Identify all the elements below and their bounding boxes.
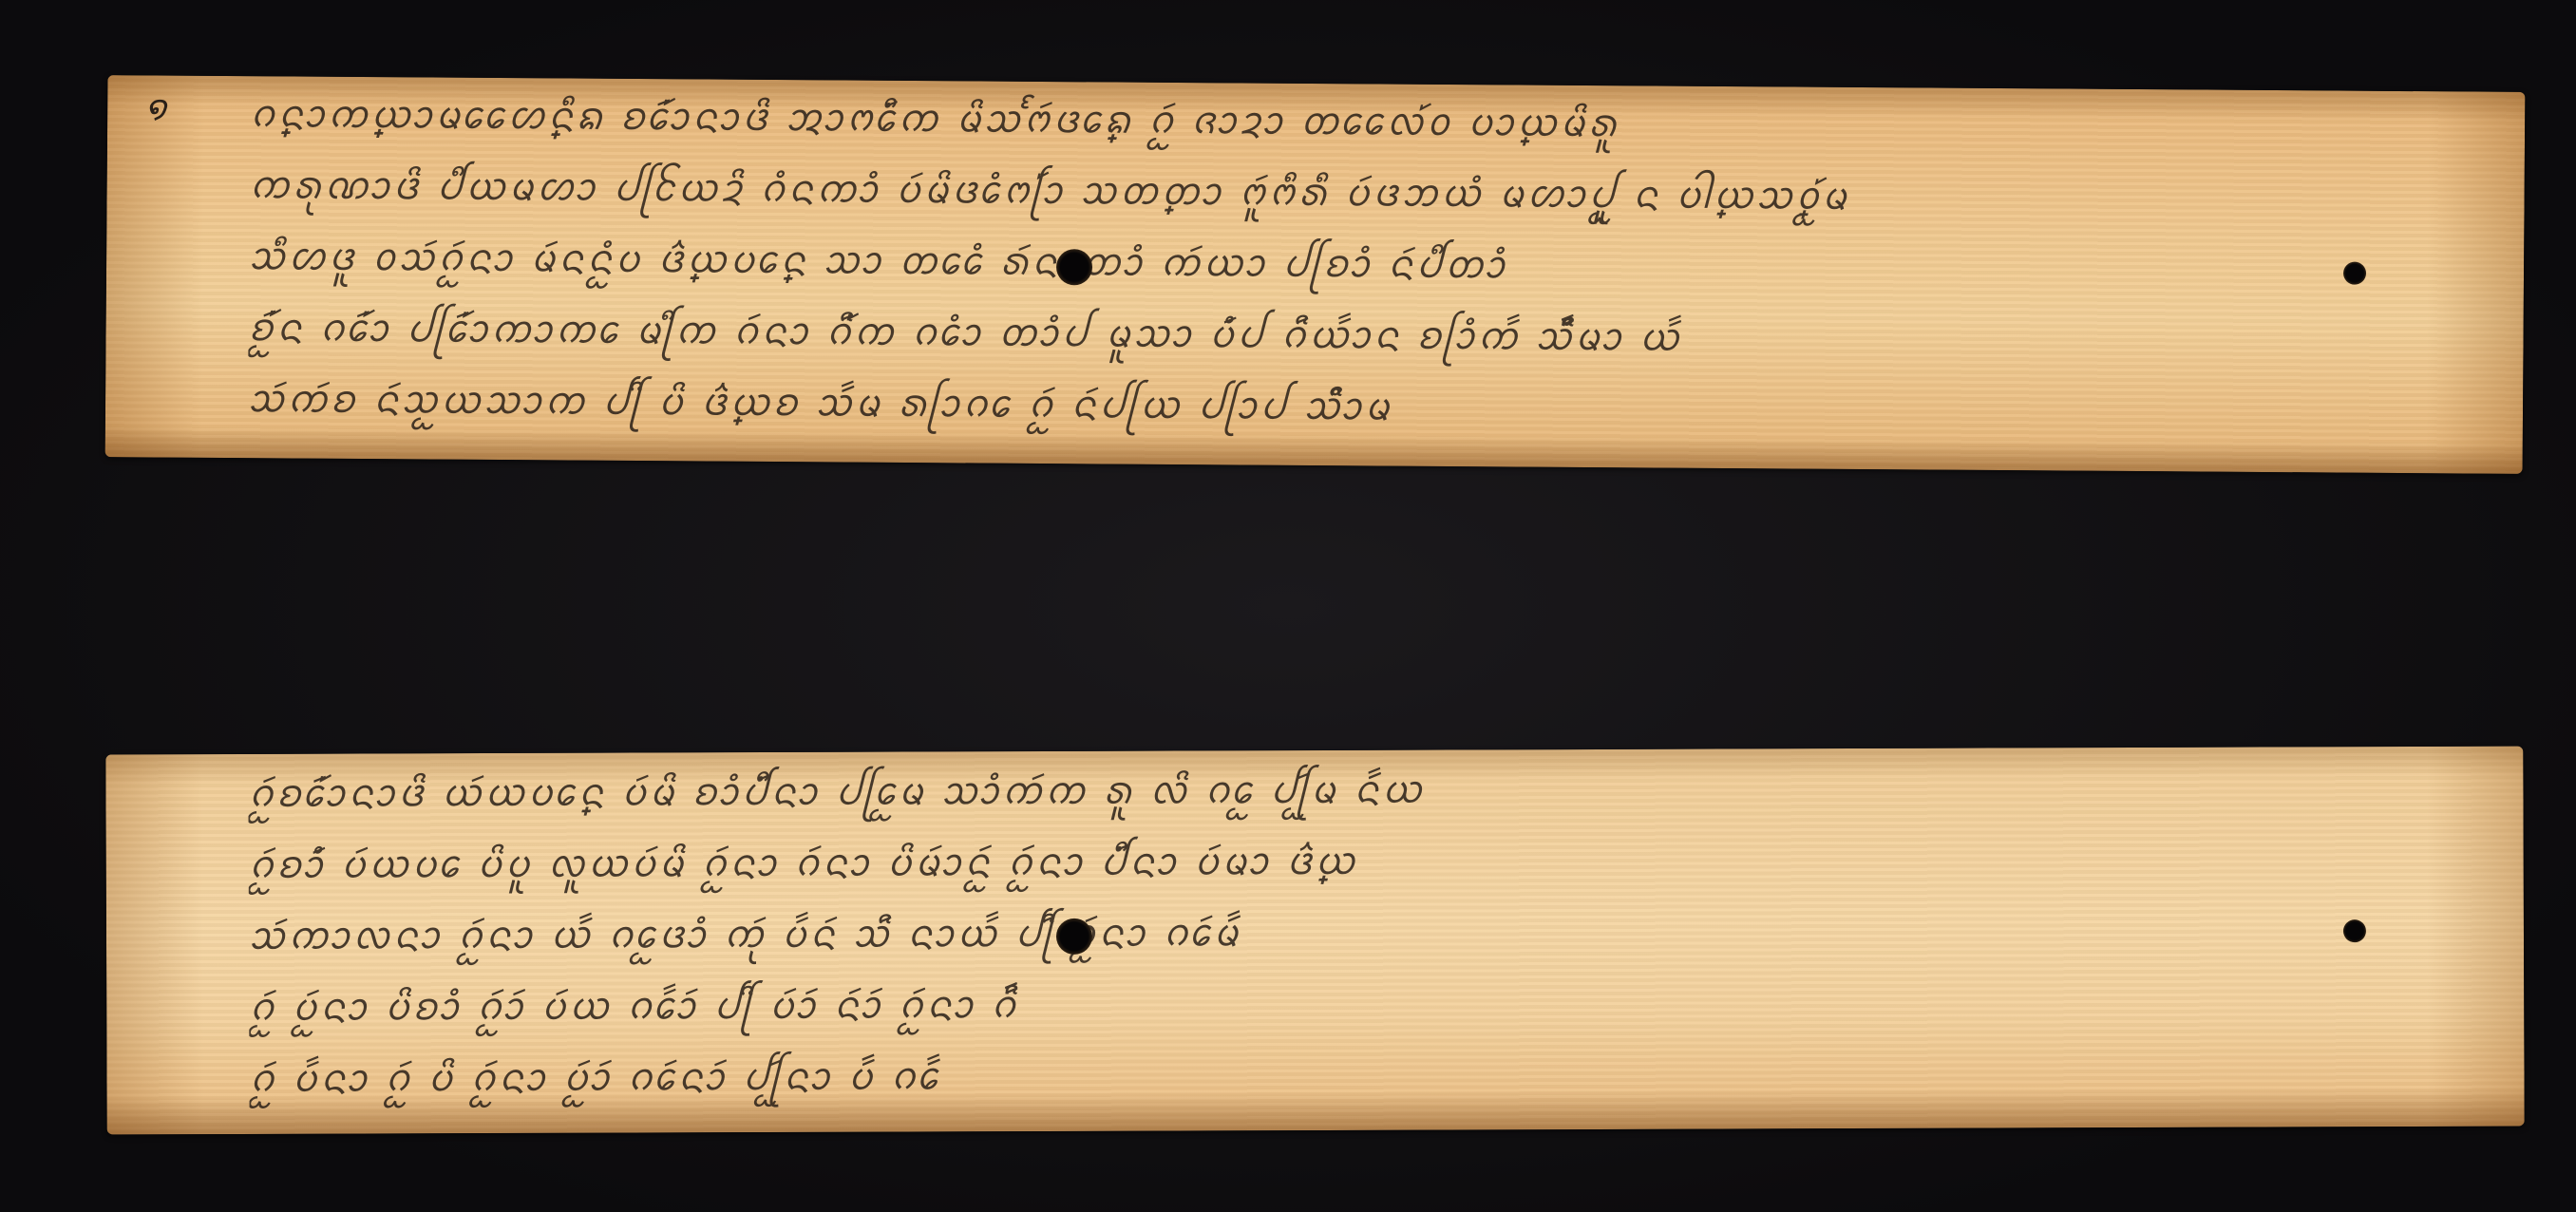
manuscript-line: ᨧᩢᩬ᩶ᨶ ᨣᩮᩢ᩶ᩣ ᨸᩕᩮᩢ᩶ᩣᨠᩣᨠᩮ ᨾᩕᩥᨠ ᨣᩢᨶᩣ ᨣᩦᩢ᩶ᨠ ᨣ… (248, 299, 2466, 381)
manuscript-line: ᨣᩢᩬ ᨷᩢᩬᨶᩣ ᨷᩦᨧᩣᩴ ᨣᩢᩬᩣᩢ ᨷᩢᨿ ᨣᩮᩢᩢᩣᩢ ᨸᩕᩦ ᨷᩢᩣ… (249, 972, 2467, 1046)
binding-hole (2343, 919, 2366, 942)
binding-hole (1056, 918, 1092, 955)
manuscript-line: ᨠᩁᩩᨱᩣᨴᩦ ᨸᩥᨿᨾᩉᩣ ᨸᩕᩰᨿᨯᩦ ᨣᩴᨶᨠᩣᩴ ᨷᩢᨾᩦᨴᩮᩴᨻᩕ᩶ᩣ… (249, 157, 2467, 238)
binding-hole (1056, 249, 1092, 285)
manuscript-line: ᩈᩢᨠᩣᩃᨶᩣ ᨣᩢᩬᨶᩣ ᨿᩢᩢᩢ ᨣᩮᩬᨴᩣᩴ ᨠᩩᩢ ᨷᩢᩢᨶᩢ ᩈᩦᩢ … (249, 900, 2467, 975)
manuscript-line: ᩈᩥᩉᨴᩪ ᩅᩈᩢᨣᩢᩬᨶᩣ ᨾᩢᨶᨶᩬᩴᨷ ᨴᩳ᩠ᨿᨷᩮ᩠ᨶ ᩈᩣ ᨲᩯᩴ ᩁ… (249, 228, 2467, 310)
palm-leaf-folio-bottom: ᨣᩢᩬᨧᩮᩢ᩶ᩣᨶᩣᨴᩦ ᨿᩢᨿᨷᩮ᩠ᨶ ᨷᩢᨾᩦ ᨧᩣᩴᨸᩥᩢᨶᩣ ᨸᩕᩮᩬᨾ… (105, 747, 2524, 1135)
manuscript-line: ᨣᩢᩬ ᨷᩢᩢᨶᩣ ᨣᩢᩬ ᨷᩦ ᨣᩢᩬᨶᩣ ᨷᩢᩬᩣᩢ ᨣᩮᩢᨶᩣᩢ ᨸᩕᩢᩬ… (249, 1043, 2467, 1117)
manuscript-line: ᨣ᩠ᨶᩣᨠ᩠ᨿᩣᨾᩯᩉ᩠ᨶᩥᨦ ᨧᩮᩢ᩶ᩣᨶᩣᨴᩦ ᩋᩣᨻᩮᩢᩥᨠ ᨾᩦᩈᩘᨻᩢ… (250, 85, 2468, 167)
binding-hole (2343, 262, 2366, 285)
manuscript-line: ᨣᩢᩬᨧᩣᩴᩢ ᨷᩢᨿᨷᩮ ᨷᩦᨷᩪ ᩃᩪᨿᨷᩢᨾᩦ ᨣᩢᩬᨶᩣ ᨣᩢᨶᩣ ᨷᩦ… (249, 829, 2467, 903)
palm-leaf-folio-top: ໑ ᨣ᩠ᨶᩣᨠ᩠ᨿᩣᨾᩯᩉ᩠ᨶᩥᨦ ᨧᩮᩢ᩶ᩣᨶᩣᨴᩦ ᩋᩣᨻᩮᩢᩥᨠ ᨾᩦᩈᩘ… (105, 75, 2526, 474)
manuscript-line: ᨣᩢᩬᨧᩮᩢ᩶ᩣᨶᩣᨴᩦ ᨿᩢᨿᨷᩮ᩠ᨶ ᨷᩢᨾᩦ ᨧᩣᩴᨸᩥᩢᨶᩣ ᨸᩕᩮᩬᨾ… (248, 758, 2466, 832)
folio-number: ໑ (145, 88, 166, 126)
manuscript-line: ᩈᩢᨠᩢᨧ ᨶᩢᩈᩬᨿᩈᩣᨠ ᨸᩕᩦ ᨷᩦ ᨴᩳ᩠ᨿᨧ ᩈᩢᩢᩢᨾ ᩁᩕᩣᨣᩮ … (248, 370, 2466, 452)
